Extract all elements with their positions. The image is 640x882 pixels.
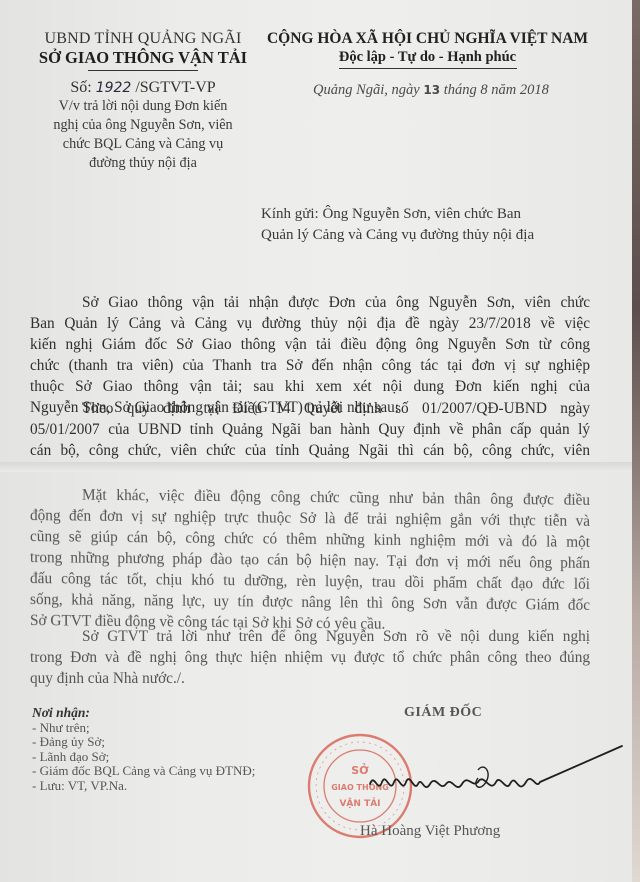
department-underline xyxy=(88,70,198,71)
recipients-list-title: Nơi nhận: xyxy=(32,706,255,721)
body-line: kiến nghị Giám đốc Sở Giao thông vận tải… xyxy=(30,334,590,355)
document-date: Quảng Ngãi, ngày 13 tháng 8 năm 2018 xyxy=(313,82,549,99)
body-line: Sở GTVT trả lời như trên để ông Nguyễn S… xyxy=(30,626,590,647)
subject-line-1: V/v trả lời nội dung Đơn kiến xyxy=(28,97,258,116)
date-suffix: tháng 8 năm 2018 xyxy=(444,82,549,98)
recipient-line-1: Kính gửi: Ông Nguyễn Sơn, viên chức Ban xyxy=(261,204,534,225)
number-suffix: /SGTVT-VP xyxy=(135,79,215,96)
subject-line: V/v trả lời nội dung Đơn kiến nghị của ô… xyxy=(28,97,258,173)
date-prefix: Quảng Ngãi, ngày xyxy=(313,82,420,98)
recipients-list-item: - Như trên; xyxy=(32,721,255,736)
recipient-address: Kính gửi: Ông Nguyễn Sơn, viên chức Ban … xyxy=(261,204,534,246)
recipients-list-item: - Giám đốc BQL Cảng và Cảng vụ ĐTNĐ; xyxy=(32,764,255,779)
body-line: 05/01/2007 của UBND tỉnh Quảng Ngãi ban … xyxy=(30,419,590,440)
subject-line-3: chức BQL Cảng và Cảng vụ xyxy=(28,135,258,154)
signer-name: Hà Hoàng Việt Phương xyxy=(360,823,500,840)
body-line: Theo quy định tại Điều 14 Quyết định số … xyxy=(30,398,590,419)
body-line: trong Đơn và đề nghị ông thực hiện nhiệm… xyxy=(30,647,590,668)
motto-underline xyxy=(339,68,517,69)
body-line: Sở Giao thông vận tải nhận được Đơn của … xyxy=(30,292,590,313)
subject-line-2: nghị của ông Nguyễn Sơn, viên xyxy=(28,116,258,135)
recipients-list-item: - Đảng ủy Sở; xyxy=(32,735,255,750)
page-edge xyxy=(632,0,640,882)
body-line: chức (thanh tra viên) của Thanh tra Sở đ… xyxy=(30,355,590,376)
page-fold-seam xyxy=(0,462,632,472)
body-line: Ban Quản lý Cảng và Cảng vụ đường thủy n… xyxy=(30,313,590,334)
body-paragraph-2: Theo quy định tại Điều 14 Quyết định số … xyxy=(30,398,590,461)
authority-name: UBND TỈNH QUẢNG NGÃI xyxy=(28,30,258,48)
body-line: quy định của Nhà nước./. xyxy=(30,668,590,689)
recipient-line-2: Quản lý Cảng và Cảng vụ đường thủy nội đ… xyxy=(261,225,534,246)
recipients-list-item: - Lãnh đạo Sở; xyxy=(32,750,255,765)
document-number: Số: 1922 /SGTVT-VP xyxy=(28,79,258,97)
body-line: cán bộ, công chức, viên chức của tỉnh Qu… xyxy=(30,440,590,461)
number-prefix: Số: xyxy=(70,79,91,96)
body-paragraph-4: Sở GTVT trả lời như trên để ông Nguyễn S… xyxy=(30,626,590,689)
body-line: thuộc Sở Giao thông vận tải; sau khi xem… xyxy=(30,376,590,397)
national-motto: Độc lập - Tự do - Hạnh phúc xyxy=(260,49,595,66)
recipients-list: Nơi nhận: - Như trên; - Đảng ủy Sở; - Lã… xyxy=(32,706,255,793)
number-handwritten: 1922 xyxy=(96,80,132,96)
signer-title: GIÁM ĐỐC xyxy=(404,705,482,721)
nation-title: CỘNG HÒA XÃ HỘI CHỦ NGHĨA VIỆT NAM xyxy=(260,30,595,48)
subject-line-4: đường thủy nội địa xyxy=(28,154,258,173)
body-paragraph-3: Mặt khác, việc điều động công chức cũng … xyxy=(30,484,590,637)
recipients-list-item: - Lưu: VT, VP.Na. xyxy=(32,779,255,794)
issuing-authority-block: UBND TỈNH QUẢNG NGÃI SỞ GIAO THÔNG VẬN T… xyxy=(28,30,258,173)
signature-icon xyxy=(360,742,630,812)
national-header: CỘNG HÒA XÃ HỘI CHỦ NGHĨA VIỆT NAM Độc l… xyxy=(260,30,595,69)
department-name: SỞ GIAO THÔNG VẬN TẢI xyxy=(28,48,258,68)
date-day-handwritten: 13 xyxy=(423,83,440,97)
